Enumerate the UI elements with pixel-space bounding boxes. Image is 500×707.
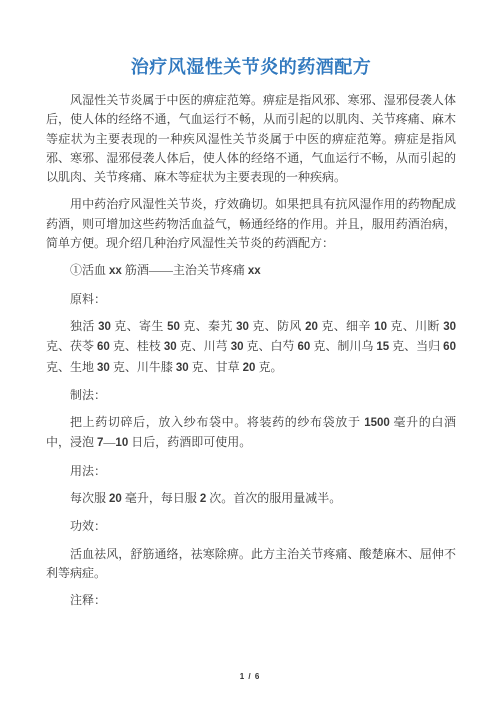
method-label: 制法： [46, 386, 456, 405]
method-text: 把上药切碎后，放入纱布袋中。将装药的纱布袋放于 1500 毫升的白酒中，浸泡 7… [46, 413, 456, 454]
document-page: 治疗风湿性关节炎的药酒配方 风湿性关节炎属于中医的痹症范筹。痹症是指风邪、寒邪、… [0, 0, 500, 707]
intro-paragraph-2: 用中药治疗风湿性关节炎，疗效确切。如果把具有抗风湿作用的药物配成药酒，则可增加这… [46, 195, 456, 253]
intro-paragraph-1: 风湿性关节炎属于中医的痹症范筹。痹症是指风邪、寒邪、湿邪侵袭人体后，使人体的经络… [46, 91, 456, 187]
notes-label: 注释： [46, 591, 456, 610]
page-number: 1 / 6 [0, 672, 500, 681]
ingredients-text: 独活 30 克、寄生 50 克、秦艽 30 克、防风 20 克、细辛 10 克、… [46, 317, 456, 378]
usage-text: 每次服 20 毫升，每日服 2 次。首次的服用量减半。 [46, 489, 456, 509]
page-title: 治疗风湿性关节炎的药酒配方 [46, 55, 456, 79]
document-content: 治疗风湿性关节炎的药酒配方 风湿性关节炎属于中医的痹症范筹。痹症是指风邪、寒邪、… [46, 0, 456, 619]
usage-label: 用法： [46, 462, 456, 481]
effect-text: 活血祛风，舒筋通络，祛寒除痹。此方主治关节疼痛、酸楚麻木、屈伸不利等病症。 [46, 545, 456, 584]
ingredients-label: 原料： [46, 290, 456, 309]
effect-label: 功效： [46, 517, 456, 536]
recipe-1-title: ①活血 xx 筋酒——主治关节疼痛 xx [46, 261, 456, 281]
